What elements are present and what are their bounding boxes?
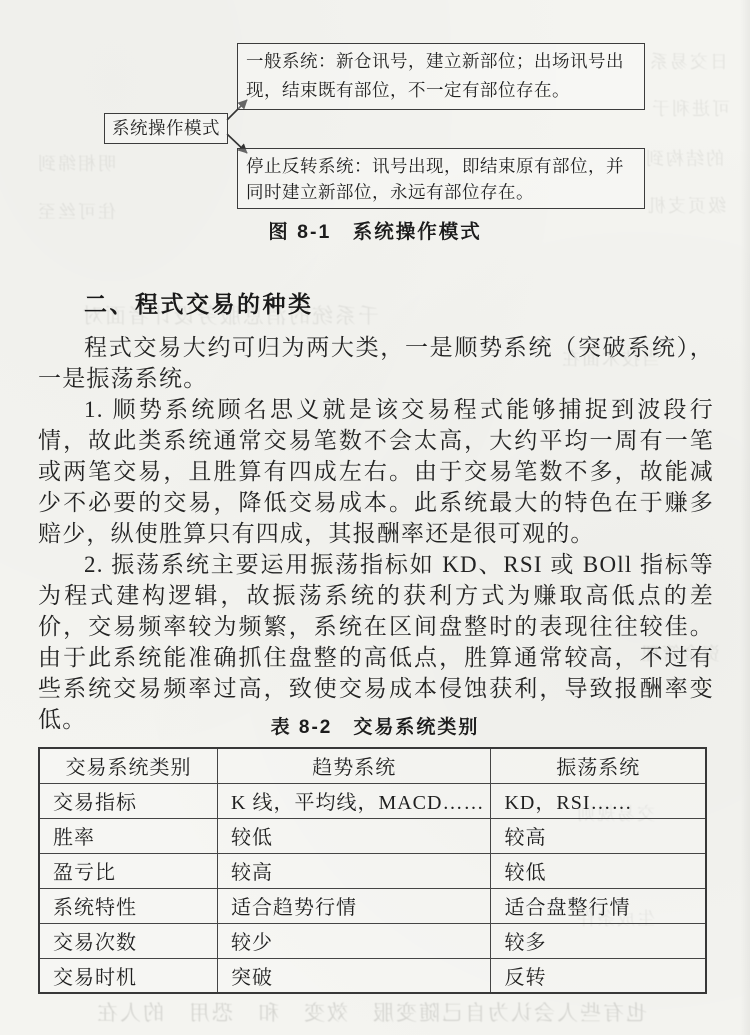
table-cell: 较低: [218, 818, 491, 853]
table-cell: 较高: [218, 853, 491, 888]
table-caption: 表 8-2 交易系统类别: [0, 712, 750, 739]
body-paragraph: 程式交易大约可归为两大类，一是顺势系统（突破系统），一是振荡系统。: [38, 332, 714, 394]
table-row: 系统特性 适合趋势行情 适合盘整行情: [39, 888, 706, 923]
figure-general-system-box: 一般系统：新仓讯号，建立新部位；出场讯号出现，结束既有部位，不一定有部位存在。: [237, 43, 645, 110]
page-bleedthrough-text: 明相绵到: [36, 150, 116, 176]
table-header-cell: 振荡系统: [491, 748, 706, 783]
table-cell: 交易次数: [39, 923, 218, 958]
table-cell: KD，RSI……: [491, 783, 706, 818]
trading-systems-table: 交易系统类别 趋势系统 振荡系统 交易指标 K 线，平均线，MACD…… KD，…: [38, 747, 707, 994]
table-header-cell: 趋势系统: [218, 748, 491, 783]
body-paragraph: 2. 振荡系统主要运用振荡指标如 KD、RSI 或 BOll 指标等为程式建构逻…: [38, 549, 714, 735]
table-header-row: 交易系统类别 趋势系统 振荡系统: [39, 748, 706, 783]
page-bleedthrough-text: 日交易系: [648, 48, 728, 74]
table-row: 胜率 较低 较高: [39, 818, 706, 853]
figure-caption: 图 8-1 系统操作模式: [0, 216, 750, 244]
page-bleedthrough-text: 级页支机: [646, 192, 726, 218]
figure-root-box: 系统操作模式: [104, 113, 228, 144]
table-cell: K 线，平均线，MACD……: [218, 783, 491, 818]
table-cell: 交易时机: [39, 958, 218, 993]
figure-stop-reverse-system-box: 停止反转系统：讯号出现，即结束原有部位，并同时建立新部位，永远有部位存在。: [237, 148, 645, 209]
table-cell: 反转: [491, 958, 706, 993]
body-paragraph: 1. 顺势系统顾名思义就是该交易程式能够捕捉到波段行情，故此类系统通常交易笔数不…: [38, 394, 714, 549]
table-row: 交易次数 较少 较多: [39, 923, 706, 958]
table-cell: 突破: [218, 958, 491, 993]
table-cell: 较多: [491, 923, 706, 958]
table-cell: 交易指标: [39, 783, 218, 818]
table-cell: 较低: [491, 853, 706, 888]
table-cell: 较少: [218, 923, 491, 958]
page-bleedthrough-text: 的结构到: [644, 145, 724, 171]
table-cell: 适合盘整行情: [491, 888, 706, 923]
table-row: 交易时机 突破 反转: [39, 958, 706, 993]
table-cell: 盈亏比: [39, 853, 218, 888]
table-row: 盈亏比 较高 较低: [39, 853, 706, 888]
page-bleedthrough-text: 也有些人会认为自己随变服 效变 和 恐用 的人在: [95, 997, 647, 1027]
table-cell: 适合趋势行情: [218, 888, 491, 923]
body-text: 程式交易大约可归为两大类，一是顺势系统（突破系统），一是振荡系统。 1. 顺势系…: [38, 332, 714, 735]
table-cell: 胜率: [39, 818, 218, 853]
table-header-cell: 交易系统类别: [39, 748, 218, 783]
book-page: 日交易系 可进利于 的结构到 级页支机 明相绵到 住可丝至 千系统的消息服务设计…: [0, 0, 750, 1035]
page-bleedthrough-text: 可进利于: [650, 95, 730, 121]
table-cell: 较高: [491, 818, 706, 853]
table-row: 交易指标 K 线，平均线，MACD…… KD，RSI……: [39, 783, 706, 818]
table-cell: 系统特性: [39, 888, 218, 923]
section-heading: 二、程式交易的种类: [84, 286, 314, 319]
